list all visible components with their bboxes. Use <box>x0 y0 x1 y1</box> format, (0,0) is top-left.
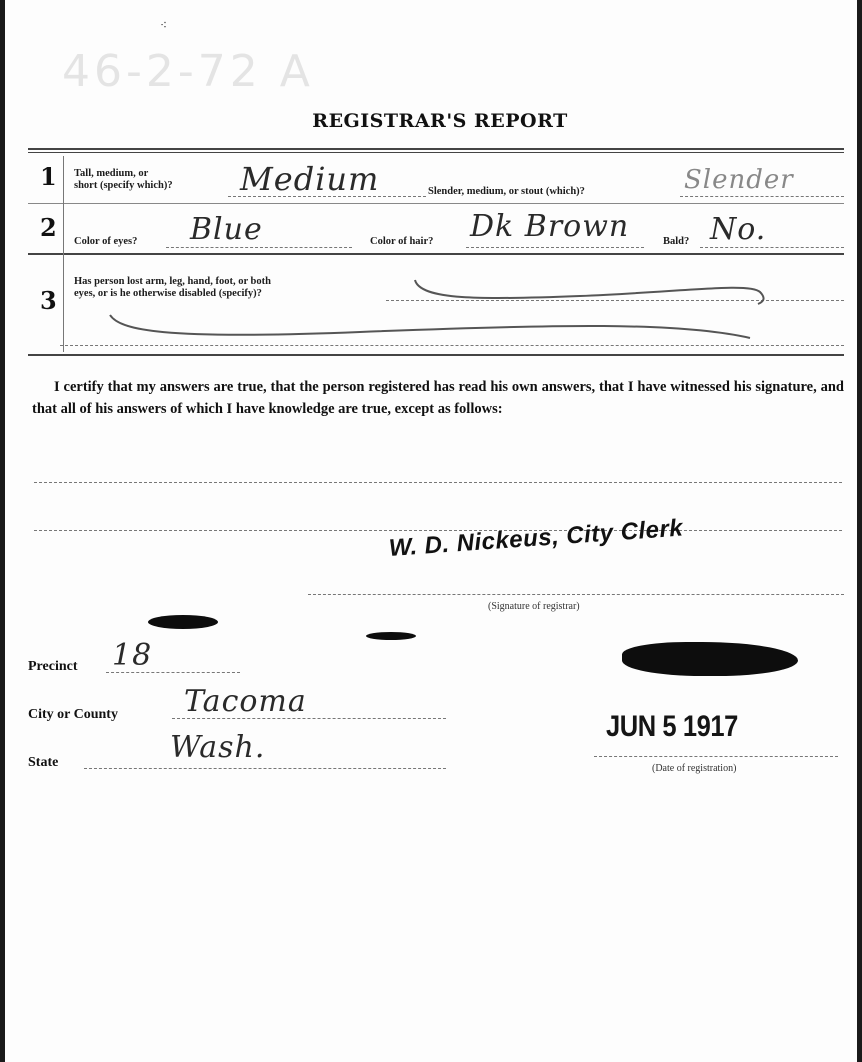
certification-text: I certify that my answers are true, that… <box>32 376 844 420</box>
row-number-1: 1 <box>40 162 57 191</box>
corner-mark: ⁖ <box>160 18 167 32</box>
hair-color-answer: Dk Brown <box>470 209 629 244</box>
row-divider-2 <box>28 253 844 255</box>
row-number-2: 2 <box>40 213 57 242</box>
hair-color-label: Color of hair? <box>370 236 433 248</box>
disability-dash-mark <box>100 270 780 345</box>
scan-left-border <box>0 0 5 1062</box>
table-top-rule <box>28 148 844 150</box>
height-answer: Medium <box>240 160 379 198</box>
date-line <box>594 756 838 757</box>
state-label: State <box>28 755 58 771</box>
height-label-line1: Tall, medium, or <box>74 168 148 180</box>
eye-color-line <box>166 247 352 248</box>
row-divider-1 <box>28 203 844 204</box>
scan-right-border <box>857 0 862 1062</box>
precinct-value: 18 <box>112 638 152 673</box>
table-bottom-rule <box>28 354 844 356</box>
redaction-blot <box>622 642 798 676</box>
build-label: Slender, medium, or stout (which)? <box>428 186 585 198</box>
date-caption: (Date of registration) <box>652 763 736 774</box>
eye-color-answer: Blue <box>190 212 263 247</box>
number-column-divider <box>63 156 64 352</box>
table-top-rule-2 <box>28 152 844 153</box>
disability-line-2 <box>60 345 844 346</box>
hair-color-line <box>466 247 644 248</box>
bald-answer: No. <box>710 212 766 247</box>
height-label-line2: short (specify which)? <box>74 180 173 192</box>
city-label: City or County <box>28 707 118 723</box>
city-value: Tacoma <box>184 684 307 719</box>
build-answer: Slender <box>684 165 794 195</box>
state-value: Wash. <box>170 730 265 765</box>
eye-color-label: Color of eyes? <box>74 236 137 248</box>
precinct-label: Precinct <box>28 659 78 675</box>
build-answer-line <box>680 196 844 197</box>
signature-line <box>308 594 844 595</box>
bald-label: Bald? <box>663 236 689 248</box>
exception-line-1 <box>34 482 842 483</box>
ink-blot <box>366 632 416 640</box>
row-number-3: 3 <box>40 286 57 315</box>
faded-stamp-number: 46-2-72 A <box>62 46 314 97</box>
registrar-signature-stamp: W. D. Nickeus, City Clerk <box>388 515 684 563</box>
signature-caption: (Signature of registrar) <box>488 601 580 612</box>
state-line <box>84 768 446 769</box>
registration-date-stamp: JUN 5 1917 <box>606 710 738 744</box>
ink-blot <box>148 615 218 629</box>
page-title: REGISTRAR'S REPORT <box>0 110 862 132</box>
bald-line <box>700 247 844 248</box>
